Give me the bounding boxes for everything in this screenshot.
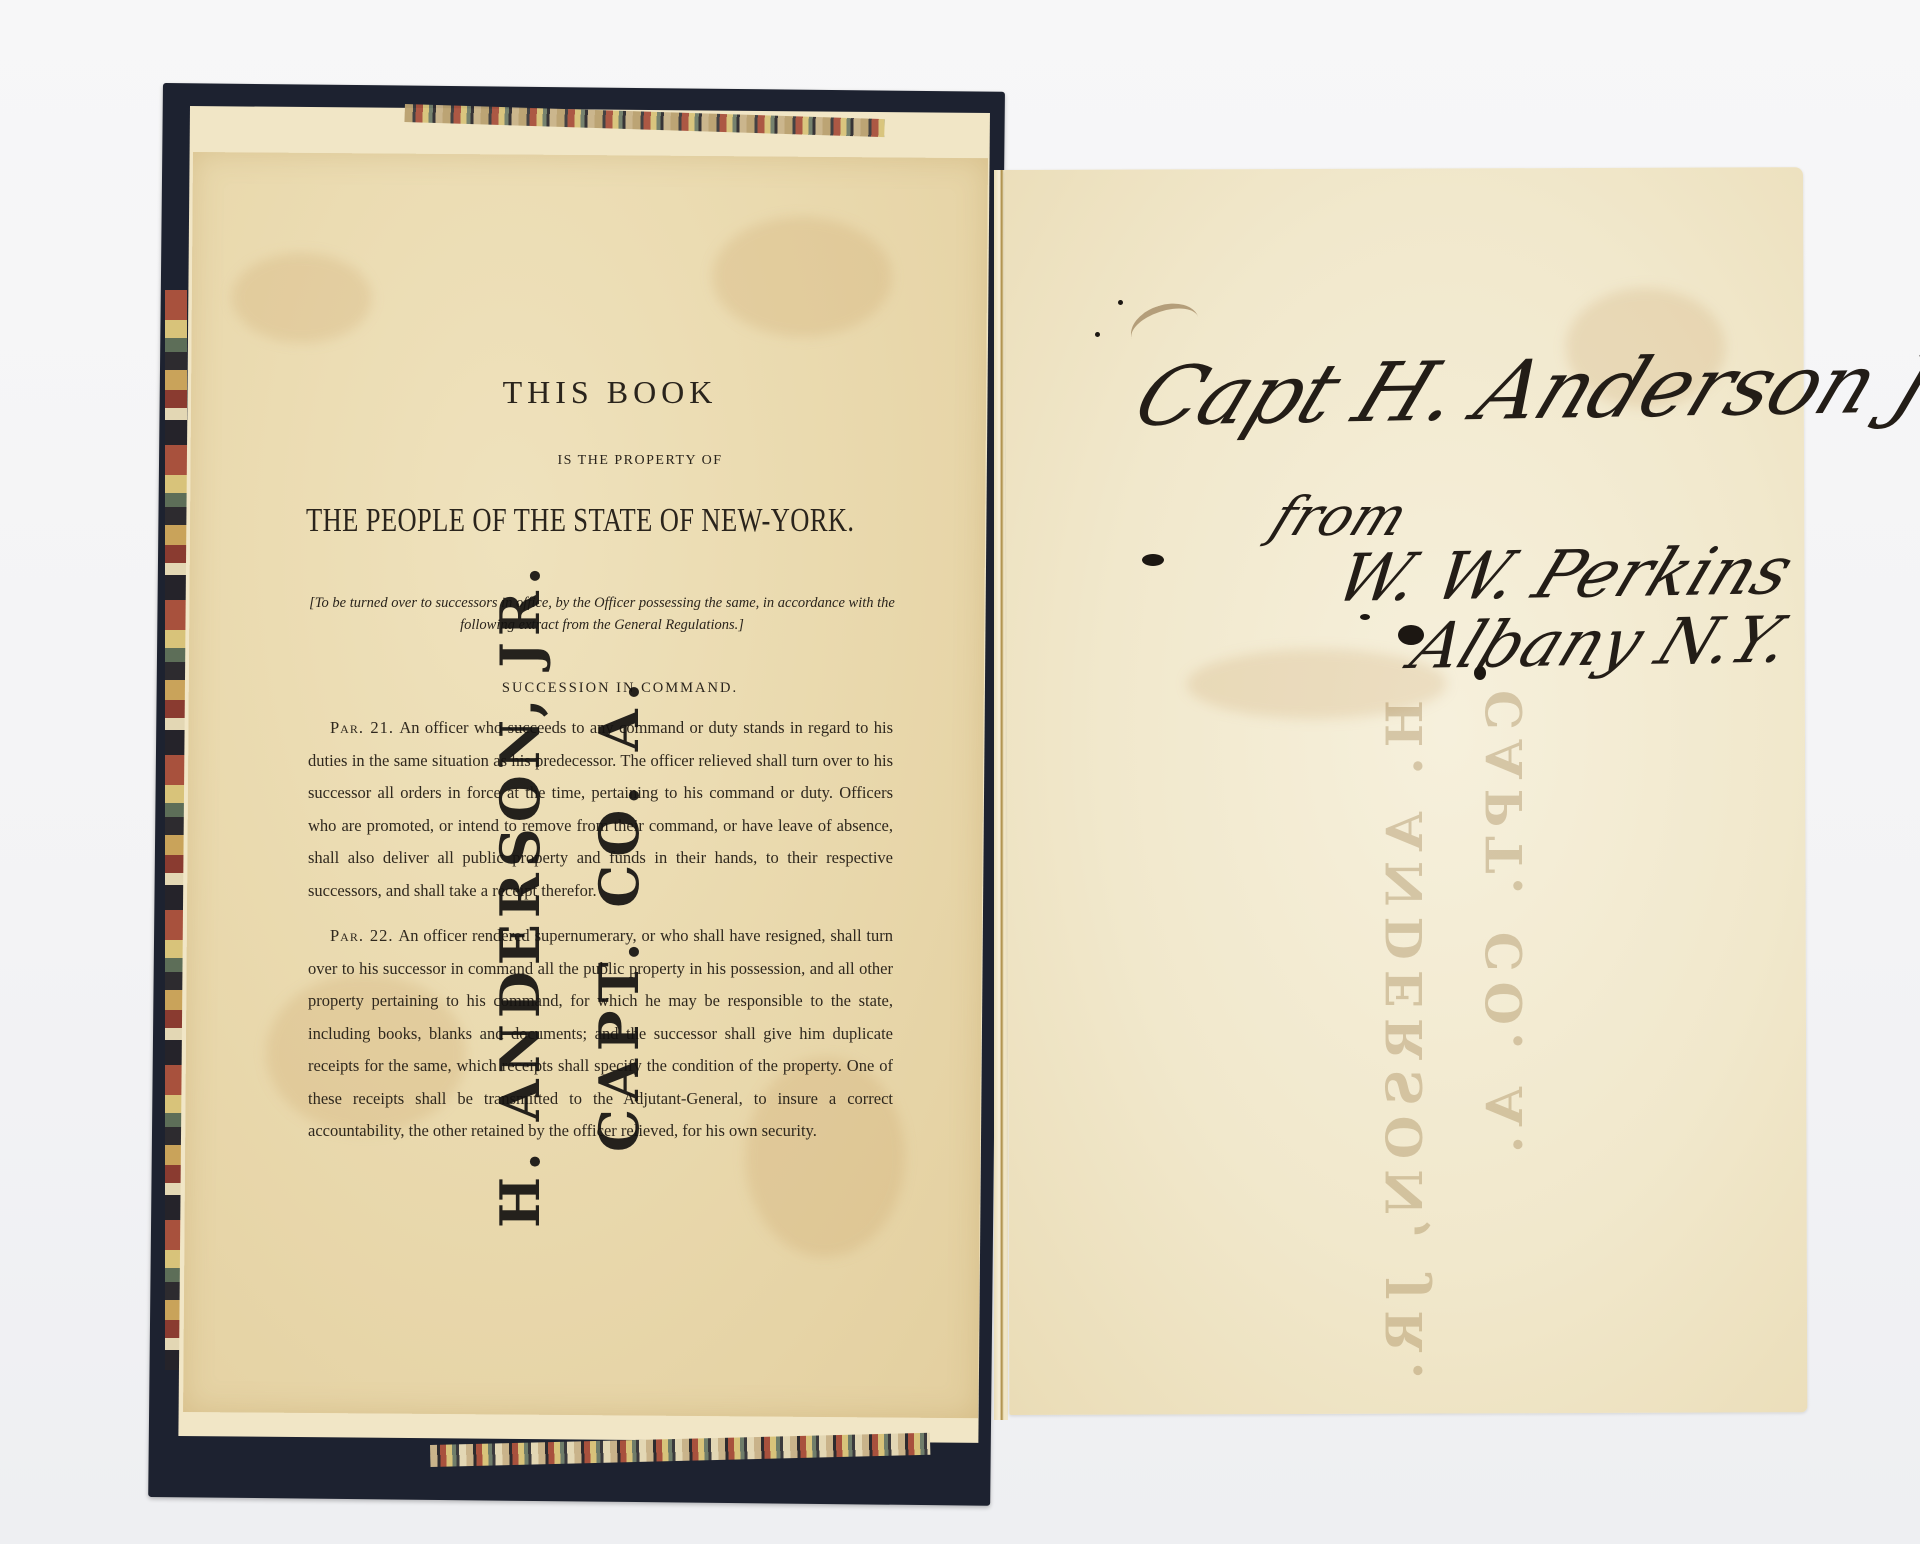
company-stamp: CAPT. CO. A. — [587, 675, 651, 1152]
open-book: THIS BOOK IS THE PROPERTY OF THE PEOPLE … — [0, 0, 1920, 1544]
label-note: [To be turned over to successors in offi… — [308, 592, 896, 636]
foxing-stain — [712, 216, 893, 337]
ink-blot — [1142, 554, 1164, 566]
paragraph-label: Par. 22. — [330, 926, 393, 945]
owner-name-stamp: H. ANDERSON, JR. — [488, 560, 552, 1228]
foxing-stain — [232, 252, 373, 343]
label-owner: THE PEOPLE OF THE STATE OF NEW-YORK. — [306, 502, 899, 540]
offset-stamp-name: H. ANDERSON, JR. — [1375, 700, 1434, 1389]
ink-blot — [1398, 625, 1424, 645]
offset-stamp-company: CAPT. CO. A. — [1475, 690, 1534, 1163]
label-subheading: IS THE PROPERTY OF — [470, 453, 810, 469]
ink-dot — [1095, 332, 1100, 337]
inscription-recipient: Capt H. Anderson Jr — [1122, 336, 1920, 445]
ink-blot — [1474, 666, 1486, 680]
ink-blot — [1360, 614, 1370, 620]
label-heading: THIS BOOK — [395, 374, 825, 411]
inscription-place: Albany N.Y. — [1401, 604, 1802, 684]
paragraph-label: Par. 21. — [330, 718, 394, 737]
ink-dot — [1118, 300, 1123, 305]
